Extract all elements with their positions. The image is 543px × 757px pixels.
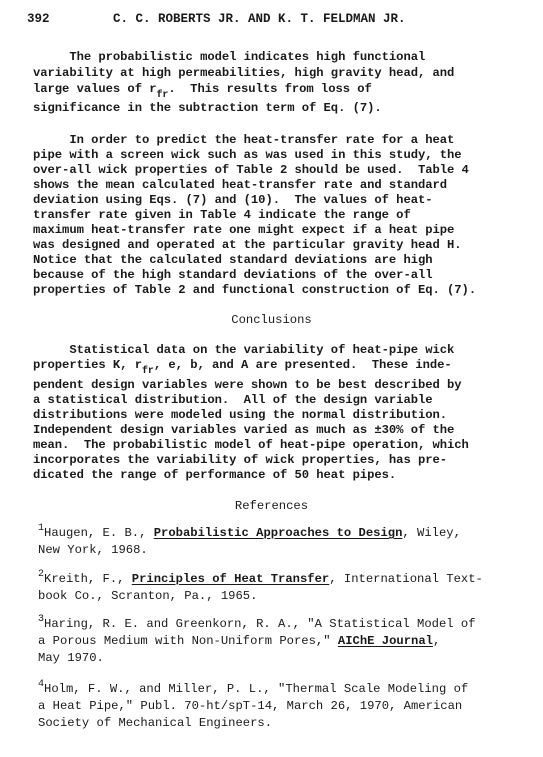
text-fragment: properties K, r — [33, 358, 142, 372]
text-line: large values of rfr. This results from l… — [33, 82, 372, 96]
text-line: significance in the subtraction term of … — [33, 101, 382, 115]
text-line: a Heat Pipe," Publ. 70-ht/spT-14, March … — [38, 699, 462, 713]
text-line: maximum heat-transfer rate one might exp… — [33, 223, 454, 237]
reference-number: 2 — [38, 569, 44, 580]
text-line: a Porous Medium with Non-Uniform Pores,"… — [38, 634, 440, 648]
text-fragment: , — [433, 634, 440, 648]
text-line: shows the mean calculated heat-transfer … — [33, 178, 447, 192]
reference-number: 1 — [38, 523, 44, 534]
text-line: was designed and operated at the particu… — [33, 238, 462, 252]
text-line: properties K, rfr, e, b, and A are prese… — [33, 358, 452, 372]
text-fragment: , e, b, and A are presented. These inde- — [154, 358, 452, 372]
reference-number: 4 — [38, 679, 44, 690]
text-line: 4Holm, F. W., and Miller, P. L., "Therma… — [38, 682, 468, 696]
text-line: deviation using Eqs. (7) and (10). The v… — [33, 193, 433, 207]
conclusions-heading: Conclusions — [0, 313, 543, 327]
text-fragment: large values of r — [33, 82, 156, 96]
text-line: incorporates the variability of wick pro… — [33, 453, 447, 467]
text-fragment: Holm, F. W., and Miller, P. L., "Thermal… — [44, 682, 468, 696]
text-fragment: , Wiley, — [402, 526, 461, 540]
text-line: transfer rate given in Table 4 indicate … — [33, 208, 411, 222]
text-fragment: . This results from loss of — [168, 82, 371, 96]
text-fragment: a Porous Medium with Non-Uniform Pores," — [38, 634, 338, 648]
text-line: book Co., Scranton, Pa., 1965. — [38, 589, 257, 603]
text-line: a statistical distribution. All of the d… — [33, 393, 433, 407]
text-line: Statistical data on the variability of h… — [33, 343, 454, 357]
text-line: May 1970. — [38, 651, 104, 665]
text-line: pendent design variables were shown to b… — [33, 378, 462, 392]
text-line: properties of Table 2 and functional con… — [33, 283, 476, 297]
text-fragment: Kreith, F., — [44, 572, 132, 586]
text-line: pipe with a screen wick such as was used… — [33, 148, 462, 162]
text-line: mean. The probabilistic model of heat-pi… — [33, 438, 469, 452]
text-line: New York, 1968. — [38, 543, 148, 557]
subscript-fr: fr — [156, 90, 168, 101]
text-line: 1Haugen, E. B., Probabilistic Approaches… — [38, 526, 461, 540]
text-line: Independent design variables varied as m… — [33, 423, 454, 437]
text-line: The probabilistic model indicates high f… — [33, 50, 425, 64]
text-line: Notice that the calculated standard devi… — [33, 253, 433, 267]
text-line: Society of Mechanical Engineers. — [38, 716, 272, 730]
text-fragment: , International Text- — [329, 572, 483, 586]
reference-title: Principles of Heat Transfer — [132, 572, 329, 586]
text-line: variability at high permeabilities, high… — [33, 66, 454, 80]
text-fragment: Haugen, E. B., — [44, 526, 154, 540]
subscript-fr: fr — [142, 366, 154, 377]
text-line: 3Haring, R. E. and Greenkorn, R. A., "A … — [38, 617, 476, 631]
references-heading: References — [0, 499, 543, 513]
page-number: 392 — [27, 12, 50, 26]
text-line: distributions were modeled using the nor… — [33, 408, 447, 422]
reference-title: AIChE Journal — [338, 634, 433, 648]
text-line: dicated the range of performance of 50 h… — [33, 468, 396, 482]
text-line: 2Kreith, F., Principles of Heat Transfer… — [38, 572, 483, 586]
reference-number: 3 — [38, 614, 44, 625]
text-line: In order to predict the heat-transfer ra… — [33, 133, 454, 147]
text-fragment: Haring, R. E. and Greenkorn, R. A., "A S… — [44, 617, 476, 631]
reference-title: Probabilistic Approaches to Design — [154, 526, 403, 540]
text-line: over-all wick properties of Table 2 shou… — [33, 163, 469, 177]
running-title: C. C. ROBERTS JR. AND K. T. FELDMAN JR. — [113, 12, 406, 26]
text-line: because of the high standard deviations … — [33, 268, 433, 282]
